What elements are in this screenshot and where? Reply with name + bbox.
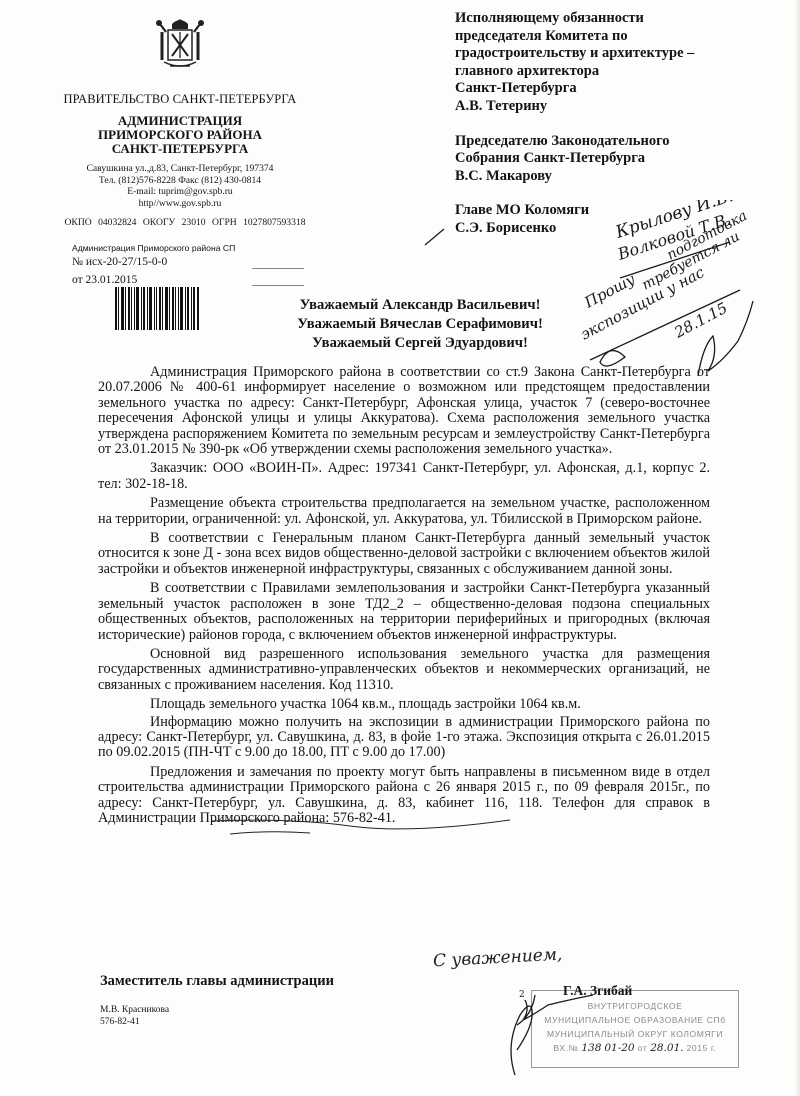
salutation: Уважаемый Александр Васильевич! (260, 296, 580, 315)
government-name: ПРАВИТЕЛЬСТВО САНКТ-ПЕТЕРБУРГА (60, 92, 300, 107)
paragraph: Информацию можно получить на экспозиции … (98, 715, 710, 761)
admin-line: АДМИНИСТРАЦИЯ (60, 114, 300, 128)
handwritten-resolution: Крылову И.В. Волковой Т.В. Прошу требует… (560, 200, 800, 380)
stamp-date-prefix: от (638, 1043, 648, 1053)
recipient-line: градостроительству и архитектуре – (455, 45, 795, 63)
paragraph: Заказчик: ООО «ВОИН-П». Адрес: 197341 Са… (98, 461, 710, 492)
outgoing-date: от 23.01.2015 (72, 274, 137, 286)
recipient-line: В.С. Макарову (455, 168, 795, 186)
executor-name: М.В. Красникова (100, 1005, 169, 1017)
admin-line: ПРИМОРСКОГО РАЙОНА (60, 128, 300, 142)
blank-line (252, 285, 304, 286)
svg-text:28.1.15: 28.1.15 (671, 299, 731, 342)
salutation: Уважаемый Вячеслав Серафимович! (260, 315, 580, 334)
recipient-teterin: Исполняющему обязанности председателя Ко… (455, 10, 795, 116)
contact-address: Савушкина ул.,д.83, Санкт-Петербург, 197… (60, 163, 300, 175)
handwritten-underline (210, 818, 510, 838)
recipient-line: председателя Комитета по (455, 28, 795, 46)
paragraph: Размещение объекта строительства предпол… (98, 496, 710, 527)
salutation: Уважаемый Сергей Эдуардович! (260, 334, 580, 353)
paragraph: Администрация Приморского района в соотв… (98, 365, 710, 457)
page-edge (794, 0, 800, 1096)
registry-codes: ОКПО 04032824 ОКОГУ 23010 ОГРН 102780759… (60, 217, 310, 228)
recipient-line: Исполняющему обязанности (455, 10, 795, 28)
stamp-year: 2015 г. (687, 1043, 717, 1053)
executor-info: М.В. Красникова 576-82-41 (100, 1005, 169, 1028)
paragraph: Основной вид разрешенного использования … (98, 647, 710, 693)
svg-text:2: 2 (519, 990, 525, 1000)
executor-phone: 576-82-41 (100, 1017, 169, 1029)
signer-title: Заместитель главы администрации (100, 973, 334, 990)
letter-body: Администрация Приморского района в соотв… (98, 365, 710, 826)
recipient-makarov: Председателю Законодательного Собрания С… (455, 133, 795, 186)
recipient-line: Санкт-Петербурга (455, 80, 795, 98)
barcode (115, 287, 201, 330)
sender-stamp: Администрация Приморского района СП (72, 243, 235, 253)
salutations: Уважаемый Александр Васильевич! Уважаемы… (260, 296, 580, 352)
stamp-code: 01-20 (604, 1042, 634, 1054)
contact-email: E-mail: tuprim@gov.spb.ru (60, 186, 300, 198)
recipient-line: А.В. Тетерину (455, 98, 795, 116)
handwritten-closing: С уважением, (433, 945, 563, 972)
contact-phone: Тел. (812)576-8228 Факс (812) 430-0814 (60, 175, 300, 187)
outgoing-number: № исх-20-27/15-0-0 (72, 256, 167, 268)
recipient-line: Председателю Законодательного (455, 133, 795, 151)
signature-icon: 2 (495, 985, 605, 1080)
coat-of-arms-icon (150, 18, 210, 78)
paragraph: В соответствии с Правилами землепользова… (98, 581, 710, 643)
recipient-line: Собрания Санкт-Петербурга (455, 150, 795, 168)
administration-name: АДМИНИСТРАЦИЯ ПРИМОРСКОГО РАЙОНА САНКТ-П… (60, 114, 300, 156)
admin-line: САНКТ-ПЕТЕРБУРГА (60, 142, 300, 156)
admin-contacts: Савушкина ул.,д.83, Санкт-Петербург, 197… (60, 163, 300, 209)
recipient-line: главного архитектора (455, 63, 795, 81)
paragraph: Площадь земельного участка 1064 кв.м., п… (98, 697, 710, 712)
stamp-date: 28.01. (650, 1042, 683, 1054)
contact-website: http//www.gov.spb.ru (60, 198, 300, 210)
blank-line (252, 268, 304, 269)
check-mark-icon (424, 228, 446, 246)
paragraph: В соответствии с Генеральным планом Санк… (98, 531, 710, 577)
